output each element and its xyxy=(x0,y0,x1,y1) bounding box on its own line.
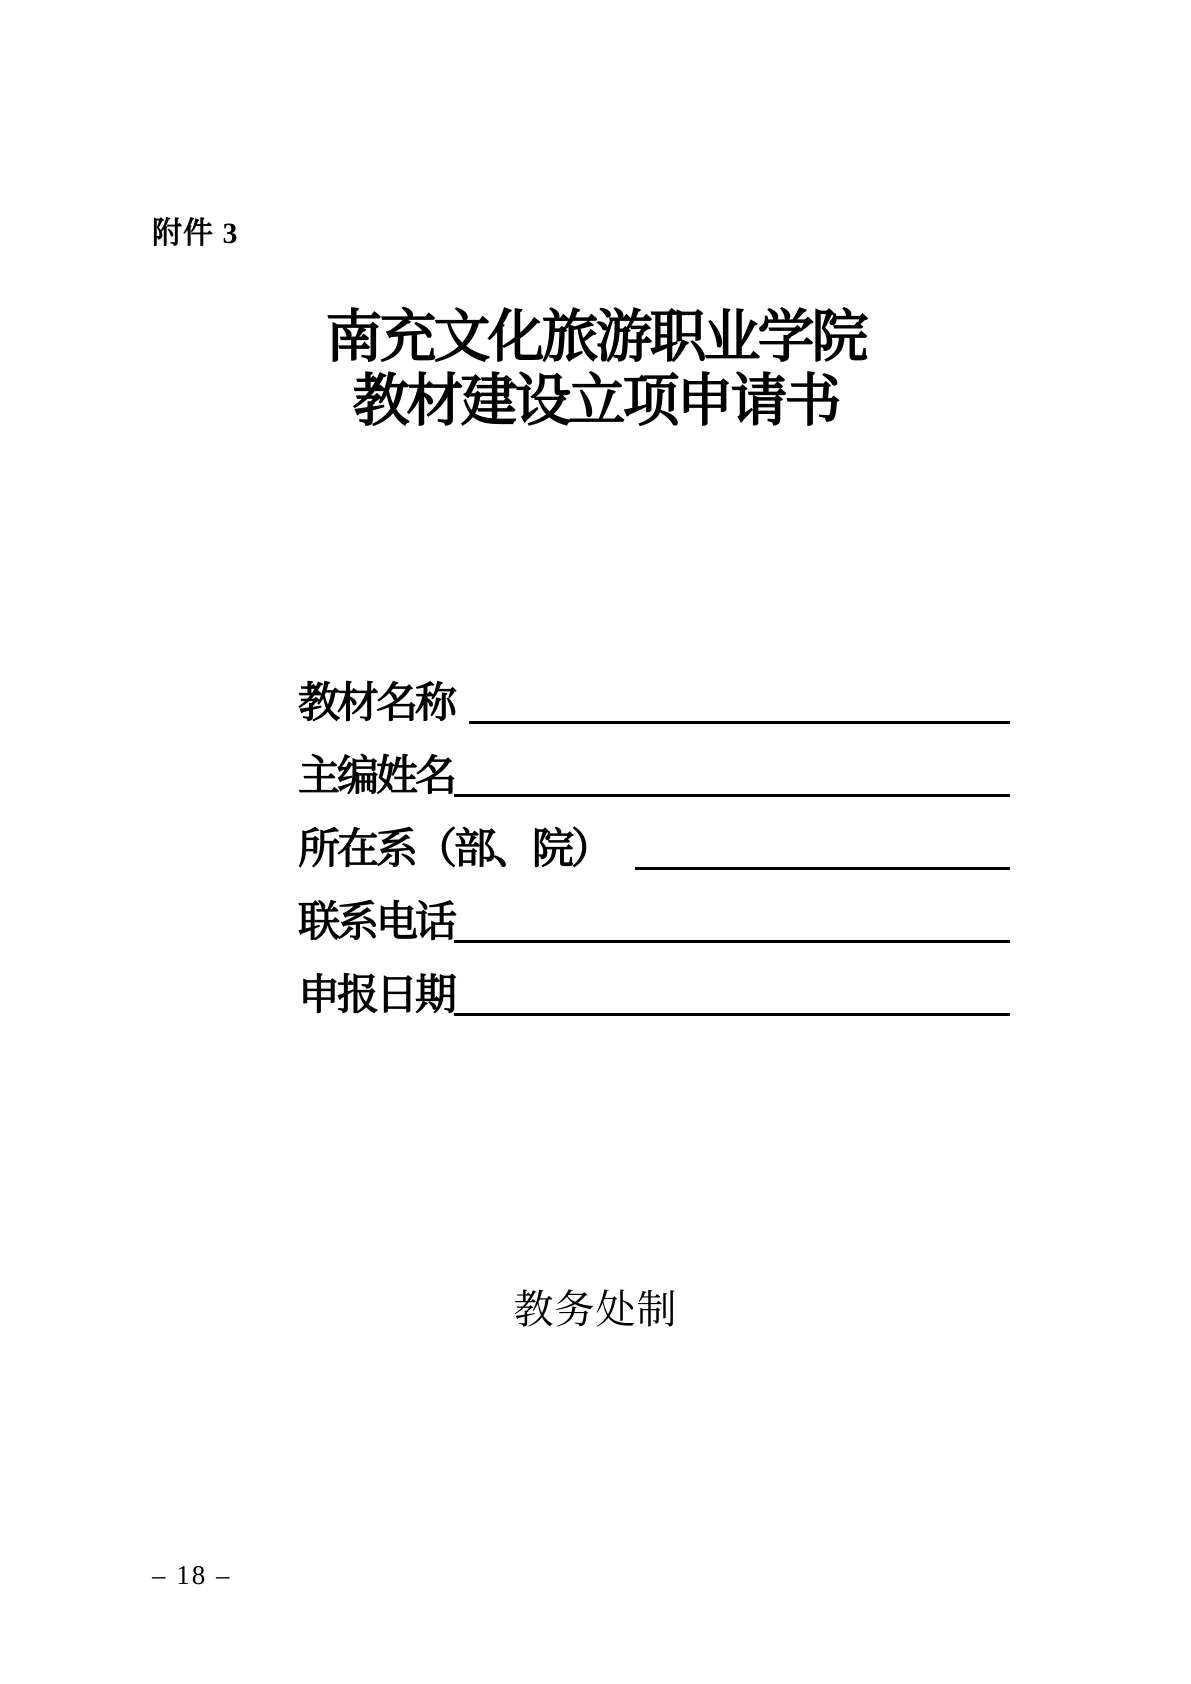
chief-editor-blank[interactable] xyxy=(454,748,1010,797)
application-form: 教材名称 主编姓名 所在系（部、院） 联系电话 申报日期 xyxy=(298,675,1010,1040)
field-row-chief-editor: 主编姓名 xyxy=(298,748,1010,797)
attachment-label: 附件 3 xyxy=(152,208,239,252)
field-row-textbook-name: 教材名称 xyxy=(298,675,1010,724)
department-blank[interactable] xyxy=(635,821,1010,870)
application-date-label: 申报日期 xyxy=(298,974,454,1016)
page-title-line1: 南充文化旅游职业学院 xyxy=(0,306,1191,370)
issuer-line: 教务处制 xyxy=(0,1278,1191,1335)
field-row-contact-phone: 联系电话 xyxy=(298,894,1010,943)
document-page: 附件 3 南充文化旅游职业学院 教材建设立项申请书 教材名称 主编姓名 所在系（… xyxy=(0,0,1191,1684)
contact-phone-blank[interactable] xyxy=(454,894,1010,943)
application-date-blank[interactable] xyxy=(454,967,1010,1016)
field-row-department: 所在系（部、院） xyxy=(298,821,1010,870)
contact-phone-label: 联系电话 xyxy=(298,901,454,943)
textbook-name-label: 教材名称 xyxy=(298,682,454,724)
department-label: 所在系（部、院） xyxy=(298,828,610,870)
chief-editor-label: 主编姓名 xyxy=(298,755,454,797)
page-title-line2: 教材建设立项申请书 xyxy=(0,370,1191,434)
textbook-name-blank[interactable] xyxy=(469,675,1010,724)
page-title: 南充文化旅游职业学院 教材建设立项申请书 xyxy=(0,306,1191,434)
page-number: – 18 – xyxy=(152,1560,232,1591)
field-row-application-date: 申报日期 xyxy=(298,967,1010,1016)
